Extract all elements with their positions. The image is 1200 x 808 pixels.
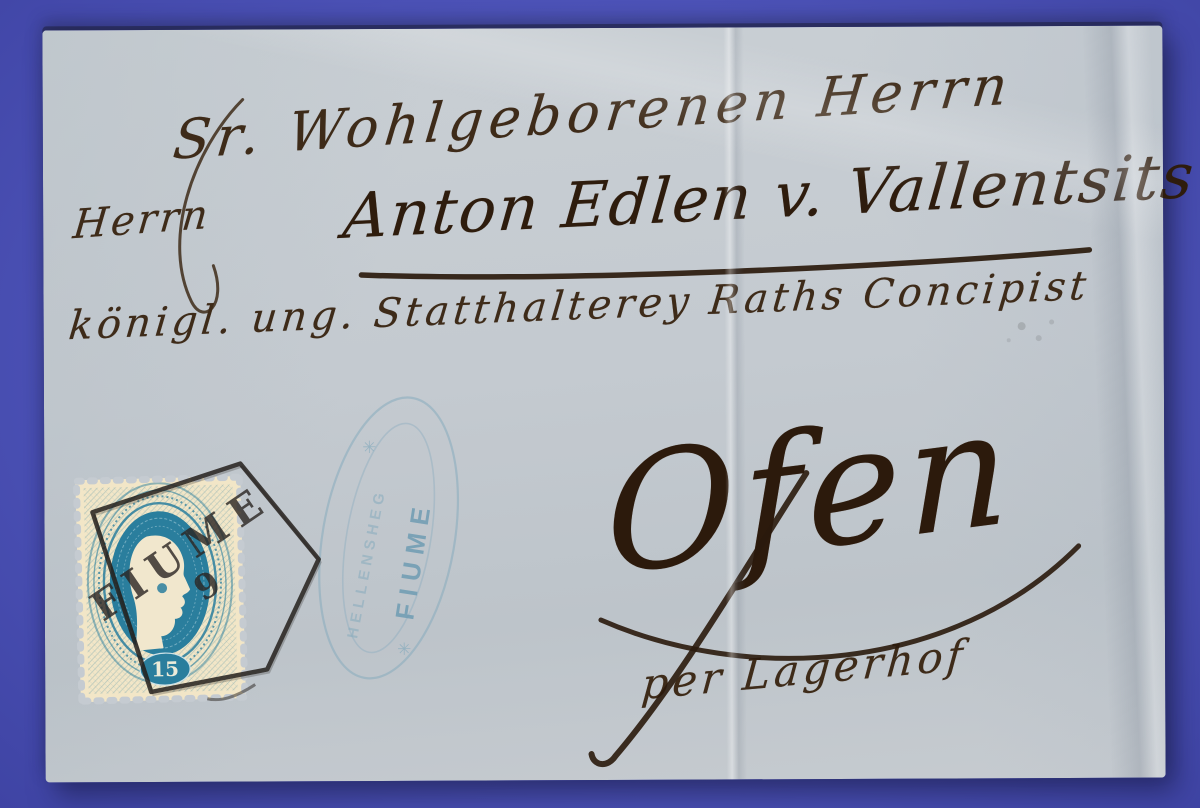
merchant-oval-cachet: FIUME HELLENSHEG ✳ ✳: [298, 386, 479, 689]
photo-of-postal-cover: Sr. Wohlgeborenen Herrn Herrn Anton Edle…: [0, 0, 1200, 808]
cancel-day-numeral: 9: [187, 563, 228, 609]
addressee-title-line: königl. ung. Statthalterey Raths Concipi…: [67, 266, 1092, 346]
cancel-frame: [92, 463, 319, 692]
stamp-denomination: 15: [151, 657, 179, 682]
portrait-ear-detail: [157, 583, 167, 593]
cachet-star-icon: ✳: [362, 438, 376, 458]
cachet-center-text: FIUME: [389, 498, 437, 622]
fiume-boxed-cancel: FIUME 9: [82, 463, 322, 700]
stamp-inner-oval: [108, 510, 212, 656]
cachet-star-icon: ✳: [397, 640, 411, 660]
letter-cover-sheet: Sr. Wohlgeborenen Herrn Herrn Anton Edle…: [42, 26, 1165, 783]
cachet-arc-text: HELLENSHEG: [344, 487, 389, 640]
cancel-ink-smear: [207, 685, 255, 700]
postage-stamp-15kr: 15: [75, 476, 246, 702]
stamp-perforations: [76, 477, 245, 701]
name-underline: [361, 250, 1089, 277]
destination-descender-swash: [590, 473, 807, 764]
destination-underline-swash: [601, 546, 1079, 659]
addressee-name: Anton Edlen v. Vallentsits: [341, 145, 1198, 248]
cancel-town-name: FIUME: [82, 475, 279, 630]
stamp-paper: [75, 476, 246, 702]
destination-city: Ofen: [604, 386, 1016, 599]
franz-joseph-profile-portrait: [129, 535, 192, 651]
stamp-value-oval: [140, 652, 191, 685]
address-honorific: Herrn: [71, 195, 212, 246]
ink-smudge: [1007, 320, 1055, 343]
address-salutation-line: Sr. Wohlgeborenen Herrn: [171, 58, 1016, 168]
delivery-note: per Lagerhof: [640, 634, 968, 706]
cover-graphics-layer: FIUME HELLENSHEG ✳ ✳: [42, 26, 1165, 783]
handwriting-flourishes: [179, 96, 1092, 766]
